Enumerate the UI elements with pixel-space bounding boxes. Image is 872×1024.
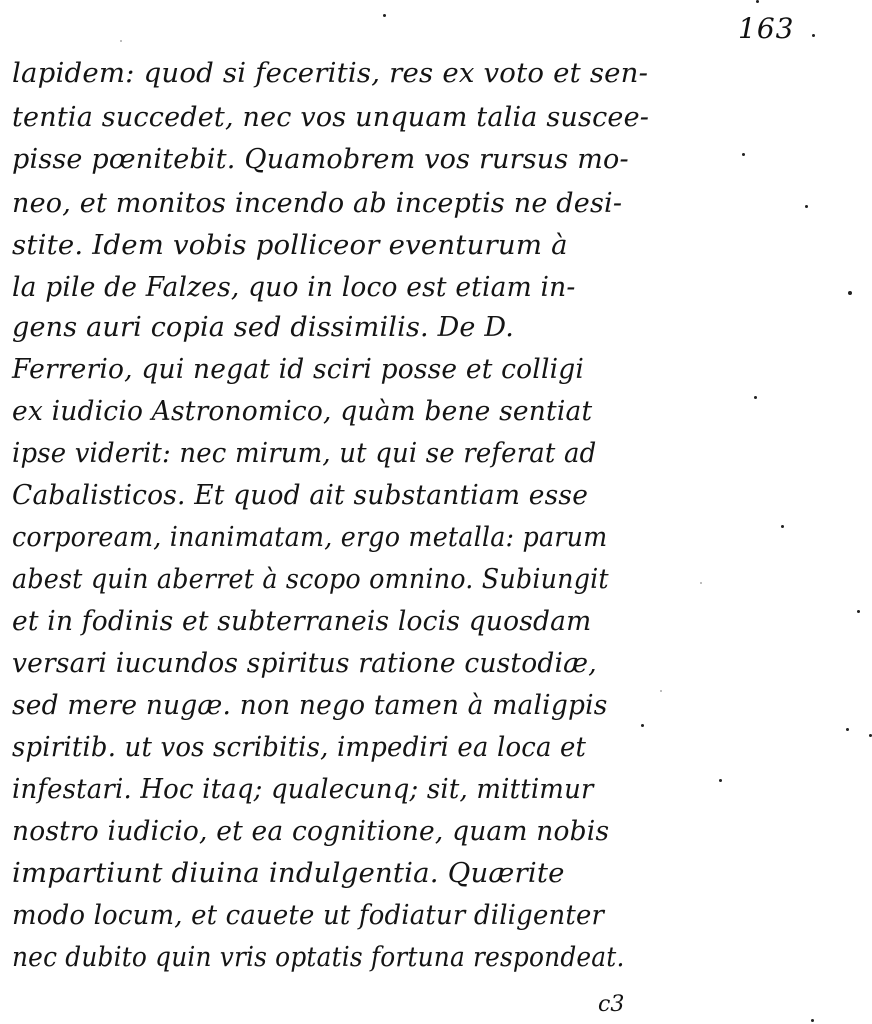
manuscript-page: 163 lapidem: quod si feceritis, res ex v… bbox=[0, 0, 872, 1024]
text-line: modo locum, et cauete ut fodiatur dilige… bbox=[12, 900, 604, 932]
scan-speck bbox=[857, 610, 860, 613]
text-line: versari iucundos spiritus ratione custod… bbox=[12, 648, 597, 680]
scan-speck bbox=[742, 153, 745, 156]
text-line: lapidem: quod si feceritis, res ex voto … bbox=[12, 58, 648, 90]
scan-speck bbox=[811, 1019, 814, 1022]
text-line: et in fodinis et subterraneis locis quos… bbox=[12, 606, 591, 638]
text-line: stite. Idem vobis polliceor eventurum à bbox=[12, 230, 568, 262]
scan-speck bbox=[848, 291, 852, 295]
text-line: spiritib. ut vos scribitis, impediri ea … bbox=[12, 732, 586, 764]
scan-speck bbox=[846, 728, 849, 731]
scan-speck bbox=[781, 525, 784, 528]
text-line: ex iudicio Astronomico, quàm bene sentia… bbox=[12, 396, 592, 428]
scan-speck bbox=[805, 205, 808, 208]
scan-speck bbox=[660, 690, 662, 692]
scan-speck bbox=[120, 40, 122, 42]
scan-speck bbox=[754, 396, 757, 399]
text-line: tentia succedet, nec vos unquam talia su… bbox=[12, 102, 649, 134]
scan-speck bbox=[719, 779, 722, 782]
text-line: nostro iudicio, et ea cognitione, quam n… bbox=[12, 816, 609, 848]
scan-speck bbox=[700, 582, 702, 584]
scan-speck bbox=[812, 34, 815, 37]
page-number: 163 bbox=[738, 12, 794, 45]
scan-speck bbox=[383, 14, 386, 17]
scan-speck bbox=[756, 0, 759, 3]
text-line: impartiunt diuina indulgentia. Quærite bbox=[12, 858, 565, 890]
text-line: sed mere nugæ. non nego tamen à maligpis bbox=[12, 690, 608, 722]
text-line: pisse pœnitebit. Quamobrem vos rursus mo… bbox=[12, 144, 629, 176]
text-line: la pile de Falzes, quo in loco est etiam… bbox=[12, 272, 576, 304]
scan-speck bbox=[641, 724, 644, 727]
text-line: abest quin aberret à scopo omnino. Subiu… bbox=[12, 564, 609, 596]
text-line: Ferrerio, qui negat id sciri posse et co… bbox=[12, 354, 584, 386]
text-line: Cabalisticos. Et quod ait substantiam es… bbox=[12, 480, 588, 512]
text-line: gens auri copia sed dissimilis. De D. bbox=[12, 312, 514, 344]
text-line: ipse viderit: nec mirum, ut qui se refer… bbox=[12, 438, 596, 470]
signature-mark: c3 bbox=[598, 992, 624, 1017]
text-line: corpoream, inanimatam, ergo metalla: par… bbox=[12, 522, 607, 554]
text-line: nec dubito quin vris optatis fortuna res… bbox=[12, 942, 625, 974]
text-line: infestari. Hoc itaq; qualecunq; sit, mit… bbox=[12, 774, 594, 806]
text-line: neo, et monitos incendo ab inceptis ne d… bbox=[12, 188, 622, 220]
